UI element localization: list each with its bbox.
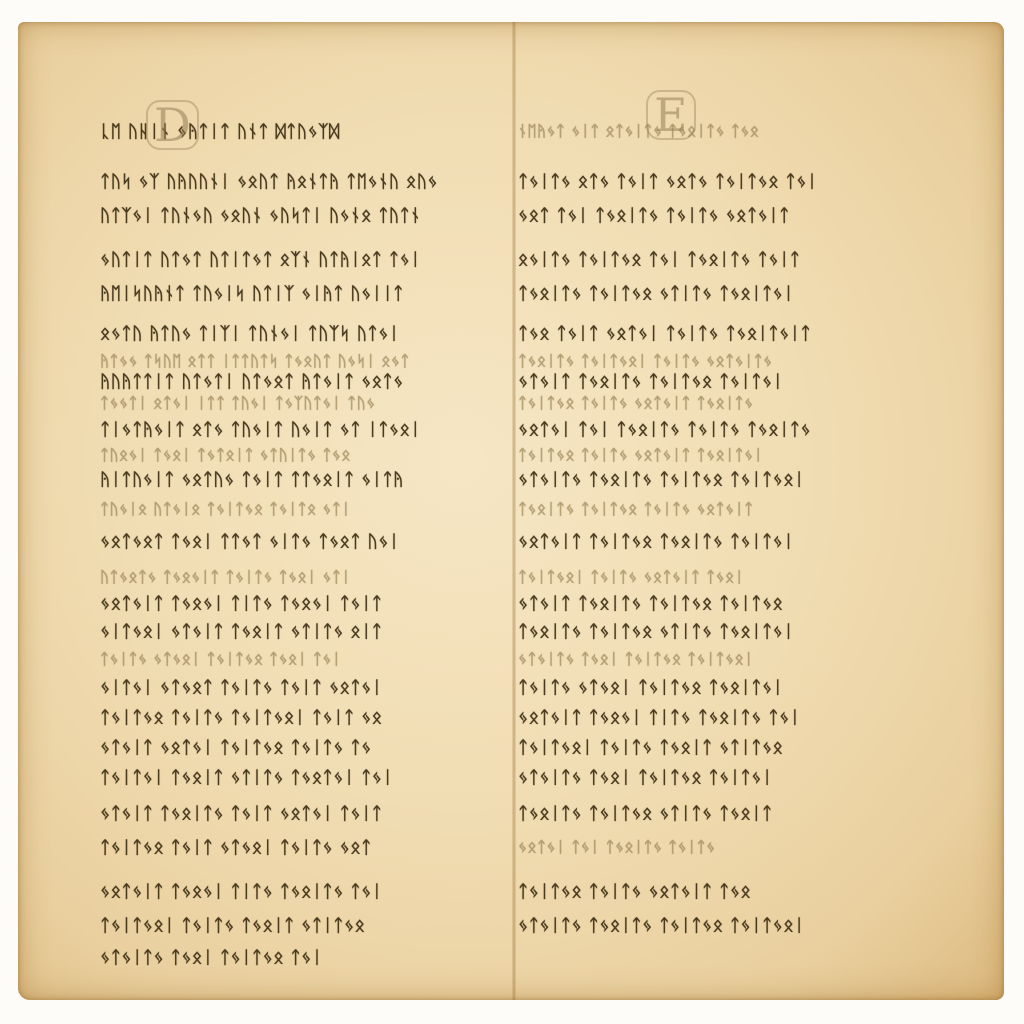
text-line: ᛃᛏᛃᛁᛏᛃ ᛏᛃᛟᛁᛏᛃ ᛏᛃᛁᛏᛃᛟ ᛏᛃᛁᛏᛃᛟᛁ bbox=[518, 916, 805, 936]
text-line: ᛏᛃᛟ ᛏᛃᛁᛏ ᛃᛟᛏᛃᛁ ᛏᛃᛁᛏᛃ ᛏᛃᛟᛁᛏᛃᛁᛏ bbox=[518, 324, 811, 344]
text-line: ᚢᛏᛃᛟᛏᛃ ᛏᛃᛟᛃᛁᛏ ᛏᛃᛁᛏᛃ ᛏᛃᛟᛁ ᛃᛏᛁ bbox=[100, 568, 351, 586]
text-line: ᛃᛟᛏᛃᛁ ᛏᛃᛁ ᛏᛃᛟᛁᛏᛃ ᛏᛃᛁᛏᛃ ᛏᛃᛟᛁᛏᛃ bbox=[518, 420, 811, 440]
text-line: ᛏᛃᛟᛁᛏᛃ ᛏᛃᛁᛏᛃᛟ ᛏᛃᛁᛏᛃ ᛃᛟᛏᛃᛁᛏ bbox=[518, 500, 754, 518]
text-line: ᛃᛟᛏᛃᛁᛏ ᛏᛃᛁᛏᛃᛟ ᛏᛃᛟᛁᛏᛃ ᛏᛃᛁᛏᛃᛁ bbox=[518, 532, 794, 552]
manuscript-page: ᚳᛖ ᚢᚺᛁᚾ ᛃᚤᛏᛁᛏ ᚢᚾᛏ ᛞᛏᚢᛃᛉᛞᛏᚢᛋ ᛃᛉ ᚢᚤᚢᚢᚾᛁ ᛃᛟ… bbox=[18, 22, 1004, 1000]
text-line: ᛃᛏᛃᛁᛏ ᛏᛃᛟᛁᛏᛃ ᛏᛃᛁᛏᛃᛟ ᛏᛃᛁᛏᛃᛟ bbox=[518, 594, 783, 614]
text-line: ᛏᛃᛃᛏᛁ ᛟᛏᛃᛁ ᛁᛏᛏ ᛏᚢᛃᛁ ᛏᛃᛉᚢᛏᛃᛁ ᛏᚢᛃ bbox=[100, 394, 376, 412]
text-line: ᛃᛟᛏᛃᛁᛏ ᛏᛃᛟᛃᛁ ᛏᛁᛏᛃ ᛏᛃᛟᛁᛏᛃ ᛏᛃᛁ bbox=[100, 882, 382, 902]
text-line: ᛏᛃᛁᛏᛃᛟ ᛏᛃᛁᛏᛃ ᛃᛟᛏᛃᛁᛏ ᛏᛃᛟ bbox=[518, 882, 751, 902]
text-line: ᚤᛖᛁᛋᚢᚤᚾᛏ ᛏᚢᛃᛁᛋ ᚢᛏᛁᛉ ᛃᛁᚤᛏ ᚢᛃᛁᛁᛏ bbox=[100, 284, 404, 304]
text-line: ᛃᛏᛃᛁᛏ ᛏᛃᛟᛁᛏᛃ ᛏᛃᛁᛏᛃᛟ ᛏᛃᛁᛏᛃᛁ bbox=[518, 372, 783, 392]
text-line: ᛏᛃᛁᛏᛃ ᛃᛏᛃᛟᛁ ᛏᛃᛁᛏᛃᛟ ᛏᛃᛟᛁ ᛏᛃᛁ bbox=[100, 650, 341, 668]
text-line: ᛏᛃᛟᛁᛏᛃ ᛏᛃᛁᛏᛃᛟ ᛃᛏᛁᛏᛃ ᛏᛃᛟᛁᛏᛃᛁ bbox=[518, 622, 794, 642]
text-line: ᛏᛃᛁᛏᛃᛟ ᛏᛃᛁᛏ ᛃᛏᛃᛟᛁ ᛏᛃᛁᛏᛃ ᛃᛟᛏ bbox=[100, 838, 372, 858]
text-line: ᚳᛖ ᚢᚺᛁᚾ ᛃᚤᛏᛁᛏ ᚢᚾᛏ ᛞᛏᚢᛃᛉᛞ bbox=[100, 122, 340, 142]
text-line: ᛃᛏᛃᛁᛏ ᛃᛟᛏᛃᛁ ᛏᛃᛁᛏᛃᛟ ᛏᛃᛁᛏᛃ ᛏᛃ bbox=[100, 738, 372, 758]
text-line: ᛃᛏᛃᛁᛏᛃ ᛏᛃᛟᛁ ᛏᛃᛁᛏᛃᛟ ᛏᛃᛁᛏᛃᛁ bbox=[518, 768, 773, 788]
text-line: ᛃᛏᛃᛁᛏᛃ ᛏᛃᛟᛁ ᛏᛃᛁᛏᛃᛟ ᛏᛃᛁ bbox=[100, 948, 323, 968]
text-line: ᛏᛃᛁᛏᛃᛟᛁ ᛏᛃᛁᛏᛃ ᛏᛃᛟᛁᛏ ᛃᛏᛁᛏᛃᛟ bbox=[100, 916, 365, 936]
text-line: ᛃᛏᛃᛁᛏᛃ ᛏᛃᛟᛁ ᛏᛃᛁᛏᛃᛟ ᛏᛃᛁᛏᛃᛟᛁ bbox=[518, 650, 754, 668]
text-line: ᛃᛁᛏᛃᛟᛁ ᛃᛏᛃᛁᛏ ᛏᛃᛟᛁᛏ ᛃᛏᛁᛏᛃ ᛟᛁᛏ bbox=[100, 622, 382, 642]
text-line: ᛏᛃᛁᛏᛃ ᛟᛏᛃ ᛏᛃᛁᛏ ᛃᛟᛏᛃ ᛏᛃᛁᛏᛃᛟ ᛏᛃᛁ bbox=[518, 172, 818, 192]
text-line: ᛏᛃᛁᛏᛃᛟᛁ ᛏᛃᛁᛏᛃ ᛏᛃᛟᛁᛏ ᛃᛏᛁᛏᛃᛟ bbox=[518, 738, 783, 758]
text-line: ᚢᛏᛉᛃᛁ ᛏᚢᚾᛃᚢ ᛃᛟᚢᚾ ᛃᚢᛋᛏᛁ ᚢᛃᚾᛟ ᛏᚢᛏᚾ bbox=[100, 206, 421, 226]
text-line: ᛏᛃᛟᛁᛏᛃ ᛏᛃᛁᛏᛃᛟᛁ ᛏᛃᛁᛏᛃ ᛃᛟᛏᛃᛁᛏᛃ bbox=[518, 352, 773, 370]
text-line: ᛃᛟᛏᛃᛁᛏ ᛏᛃᛟᛃᛁ ᛏᛁᛏᛃ ᛏᛃᛟᛁᛏᛃ ᛏᛃᛁ bbox=[518, 708, 800, 728]
text-line: ᚤᚢᚤᛏᛏᛁᛏ ᚢᛏᛃᛏᛁ ᚢᛏᛃᛟᛏ ᚤᛏᛃᛁᛏ ᛃᛟᛏᛃ bbox=[100, 372, 404, 392]
text-line: ᛃᛟᛏᛃᛁᛏ ᛏᛃᛟᛃᛁ ᛏᛁᛏᛃ ᛏᛃᛟᛃᛁ ᛏᛃᛁᛏ bbox=[100, 594, 382, 614]
text-line: ᛏᛃᛁᛏᛃ ᛃᛏᛃᛟᛁ ᛏᛃᛁᛏᛃᛟ ᛏᛃᛟᛁᛏᛃᛁ bbox=[518, 678, 783, 698]
text-line: ᛏᚢᛋ ᛃᛉ ᚢᚤᚢᚢᚾᛁ ᛃᛟᚢᛏ ᚤᛟᚾᛏᚤ ᛏᛖᛃᚾᚢ ᛟᚢᛃ bbox=[100, 172, 438, 192]
text-line: ᛃᛟᛏᛃᛟᛏ ᛏᛃᛟᛁ ᛏᛏᛃᛏ ᛃᛁᛏᛃ ᛏᛃᛟᛏ ᚢᛃᛁ bbox=[100, 532, 400, 552]
text-line: ᛃᛏᛃᛁᛏᛃ ᛏᛃᛟᛁᛏᛃ ᛏᛃᛁᛏᛃᛟ ᛏᛃᛁᛏᛃᛟᛁ bbox=[518, 470, 805, 490]
illuminated-initial-left: D bbox=[146, 100, 199, 150]
text-line: ᛏᛁᛃᛏᚤᛃᛁᛏ ᛟᛏᛃ ᛏᚢᛃᛁᛏ ᚢᛃᛁᛏ ᛃᛏ ᛁᛏᛃᛟᛁ bbox=[100, 420, 421, 440]
text-line: ᚤᛁᛏᚢᛃᛁᛏ ᛃᛟᛏᚢᛃ ᛏᛃᛁᛏ ᛏᛏᛃᛟᛁᛏ ᛃᛁᛏᚤ bbox=[100, 470, 404, 490]
text-line: ᛏᛃᛟᛁᛏᛃ ᛏᛃᛁᛏᛃᛟ ᛃᛏᛁᛏᛃ ᛏᛃᛟᛁᛏᛃᛁ bbox=[518, 284, 794, 304]
text-line: ᛃᛟᛏ ᛏᛃᛁ ᛏᛃᛟᛁᛏᛃ ᛏᛃᛁᛏᛃ ᛃᛟᛏᛃᛁᛏ bbox=[518, 206, 790, 226]
text-line: ᛏᛃᛁᛏᛃᛟᛁ ᛏᛃᛁᛏᛃ ᛃᛟᛏᛃᛁᛏ ᛏᛃᛟᛁ bbox=[518, 568, 744, 586]
text-line: ᛏᛃᛁᛏᛃᛁ ᛏᛃᛟᛁᛏ ᛃᛏᛁᛏᛃ ᛏᛃᛟᛏᛃᛁ ᛏᛃᛁ bbox=[100, 768, 393, 788]
text-line: ᛏᛃᛟᛁᛏᛃ ᛏᛃᛁᛏᛃᛟ ᛃᛏᛁᛏᛃ ᛏᛃᛟᛁᛏ bbox=[518, 804, 773, 824]
text-line: ᛟᛃᛏᚢ ᚤᛏᚢᛃ ᛏᛁᛉᛁ ᛏᚢᚾᛃᛁ ᛏᚢᛉᛋ ᚢᛏᛃᛁ bbox=[100, 324, 400, 344]
text-line: ᛃᛏᛃᛁᛏ ᛏᛃᛟᛁᛏᛃ ᛏᛃᛁᛏ ᛃᛟᛏᛃᛁ ᛏᛃᛁᛏ bbox=[100, 804, 382, 824]
text-line: ᚾᛖᚤᛃᛏ ᛃᛁᛏ ᛟᛏᛃᛁᛏᛃ ᛏᛃᛟᛁᛏᛃ ᛏᛃᛟ bbox=[518, 122, 759, 140]
text-line: ᚤᛏᛃᛃ ᛏᛋᚢᛖ ᛟᛏᛏ ᛁᛏᛏᚢᛏᛋ ᛏᛃᛟᚢᛏ ᚢᛃᛋᛁ ᛟᛃᛏ bbox=[100, 352, 410, 370]
text-line: ᛃᛁᛏᛃᛁ ᛃᛏᛃᛟᛏ ᛏᛃᛁᛏᛃ ᛏᛃᛁᛏ ᛃᛟᛏᛃᛁ bbox=[100, 678, 382, 698]
text-line: ᛏᛃᛁᛏᛃᛟ ᛏᛃᛁᛏᛃ ᛃᛟᛏᛃᛁᛏ ᛏᛃᛟᛁᛏᛃ bbox=[518, 394, 754, 412]
text-line: ᛟᛃᛁᛏᛃ ᛏᛃᛁᛏᛃᛟ ᛏᛃᛁ ᛏᛃᛟᛁᛏᛃ ᛏᛃᛁᛏ bbox=[518, 250, 800, 270]
text-line: ᛃᚢᛏᛁᛏ ᚢᛏᛃᛏ ᚢᛏᛁᛏᛃᛏ ᛟᛉᚾ ᚢᛏᚤᛁᛟᛏ ᛏᛃᛁ bbox=[100, 250, 421, 270]
illuminated-initial-right: E bbox=[646, 90, 696, 140]
text-line: ᛏᛃᛁᛏᛃᛟ ᛏᛃᛁᛏᛃ ᛏᛃᛁᛏᛃᛟᛁ ᛏᛃᛁᛏ ᛃᛟ bbox=[100, 708, 382, 728]
text-line: ᛏᛃᛁᛏᛃᛟ ᛏᛃᛁᛏᛃ ᛃᛟᛏᛃᛁᛏ ᛏᛃᛟᛁᛏᛃᛁ bbox=[518, 446, 763, 464]
text-line: ᛏᚢᛃᛁᛟ ᚢᛏᛃᛁᛟ ᛏᛃᛁᛏᛃᛟ ᛏᛃᛁᛏᛟ ᛃᛏᛁ bbox=[100, 500, 351, 518]
text-line: ᛏᚢᛟᛃᛁ ᛏᛃᛟᛁ ᛏᛃᛏᛟᛁᛏ ᛃᛏᚢᛁᛏᛃ ᛏᛃᛟ bbox=[100, 446, 351, 464]
text-line: ᛃᛟᛏᛃᛁ ᛏᛃᛁ ᛏᛃᛟᛁᛏᛃ ᛏᛃᛁᛏᛃ bbox=[518, 838, 716, 856]
center-fold bbox=[512, 22, 516, 1000]
